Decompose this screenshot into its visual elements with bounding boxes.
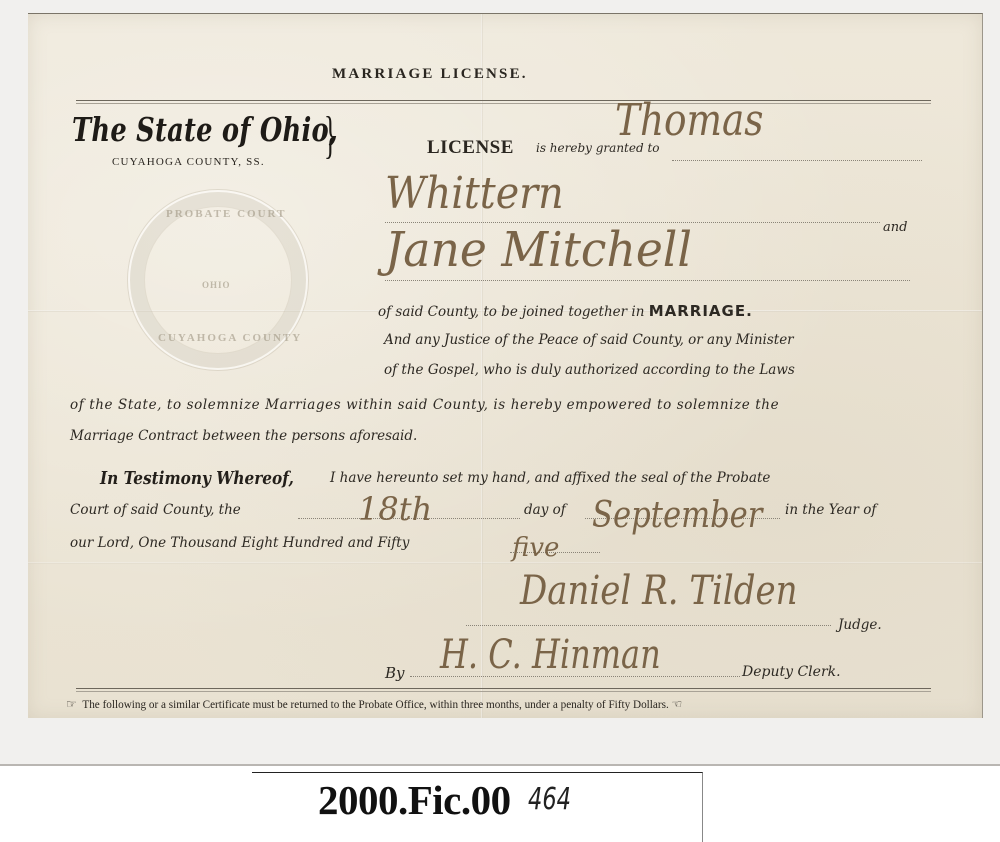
catalog-number: 2000.Fic.00 — [318, 776, 511, 824]
document-heading: MARRIAGE LICENSE. — [332, 66, 528, 83]
groom-first-name: Thomas — [615, 95, 764, 146]
county-line: CUYAHOGA COUNTY, SS. — [112, 156, 265, 168]
clerk-label: Deputy Clerk. — [742, 664, 841, 680]
day-handwritten: 18th — [358, 490, 432, 528]
groom-first-line — [672, 160, 922, 161]
seal-center-text: OHIO — [202, 280, 231, 290]
divider — [76, 100, 931, 101]
testimony-line: Court of said County, the — [70, 502, 241, 518]
bride-name: Jane Mitchell — [385, 222, 692, 278]
brace-glyph: } — [324, 110, 336, 162]
by-label: By — [385, 664, 405, 682]
judge-signature-line — [466, 625, 831, 626]
body-line: of the Gospel, who is duly authorized ac… — [384, 362, 795, 378]
divider — [76, 103, 931, 104]
testimony-line: in the Year of — [785, 502, 876, 518]
license-label: LICENSE — [427, 137, 514, 159]
seal-bottom-text: CUYAHOGA COUNTY — [158, 332, 302, 344]
pointing-hand-icon: ☞ — [66, 697, 77, 712]
of-said-county-text: of said County, to be joined together in… — [378, 302, 753, 320]
month-handwritten: September — [592, 495, 762, 536]
catalog-number-handwritten: 464 — [528, 782, 571, 817]
bride-line — [385, 280, 910, 281]
judge-signature: Daniel R. Tilden — [520, 568, 798, 614]
footnote: ☞ The following or a similar Certificate… — [66, 697, 685, 712]
groom-last-name: Whittern — [385, 168, 564, 219]
testimony-line: day of — [524, 502, 566, 518]
testimony-line: I have hereunto set my hand, and affixed… — [330, 470, 770, 486]
clerk-signature: H. C. Hinman — [440, 632, 661, 678]
marriage-word: MARRIAGE. — [649, 302, 753, 320]
body-line: Marriage Contract between the persons af… — [70, 428, 417, 444]
pointing-hand-icon: ☜ — [672, 697, 683, 712]
seal-top-text: PROBATE COURT — [166, 208, 286, 220]
testimony-line: our Lord, One Thousand Eight Hundred and… — [70, 535, 409, 551]
state-title: The State of Ohio, — [72, 110, 338, 149]
and-word: and — [883, 220, 907, 235]
divider — [76, 688, 931, 689]
body-line: of the State, to solemnize Marriages wit… — [70, 397, 779, 413]
testimony-heading: In Testimony Whereof, — [100, 468, 294, 489]
of-said-county-phrase: of said County, to be joined together in — [378, 304, 644, 320]
year-handwritten: five — [512, 533, 559, 563]
footnote-text: The following or a similar Certificate m… — [82, 699, 668, 711]
embossed-seal: PROBATE COURT OHIO CUYAHOGA COUNTY — [128, 190, 308, 370]
judge-label: Judge. — [838, 617, 882, 633]
fold-crease — [28, 562, 982, 564]
body-line: And any Justice of the Peace of said Cou… — [384, 332, 794, 348]
divider — [76, 691, 931, 692]
